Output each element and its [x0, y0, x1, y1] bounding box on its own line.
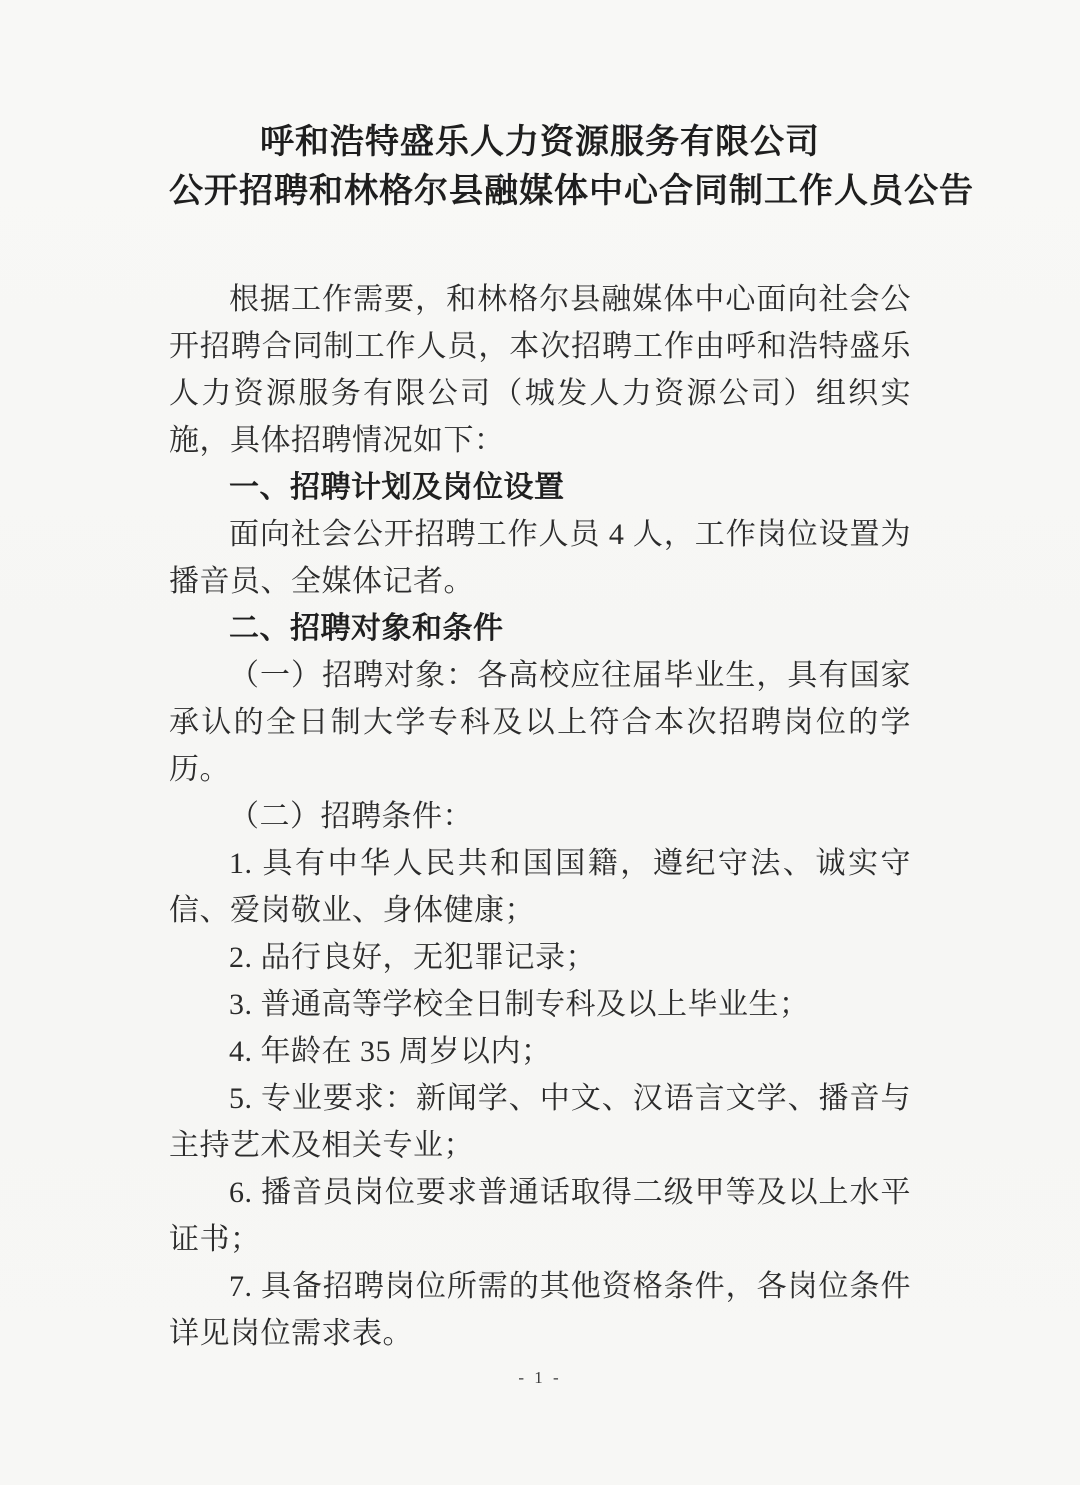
paragraph-intro: 根据工作需要，和林格尔县融媒体中心面向社会公开招聘合同制工作人员，本次招聘工作由…: [169, 276, 911, 464]
paragraph-conditions-label: （二）招聘条件：: [169, 793, 911, 840]
document-title-line-2: 公开招聘和林格尔县融媒体中心合同制工作人员公告: [169, 167, 911, 216]
condition-item-2: 2. 品行良好，无犯罪记录；: [169, 934, 911, 981]
document-title-line-1: 呼和浩特盛乐人力资源服务有限公司: [169, 118, 911, 167]
paragraph-target: （一）招聘对象：各高校应往届毕业生，具有国家承认的全日制大学专科及以上符合本次招…: [169, 652, 911, 793]
condition-item-5: 5. 专业要求：新闻学、中文、汉语言文学、播音与主持艺术及相关专业；: [169, 1075, 911, 1169]
condition-item-6: 6. 播音员岗位要求普通话取得二级甲等及以上水平证书；: [169, 1169, 911, 1263]
document-body: 根据工作需要，和林格尔县融媒体中心面向社会公开招聘合同制工作人员，本次招聘工作由…: [169, 276, 911, 1357]
heading-section-1: 一、招聘计划及岗位设置: [169, 464, 911, 511]
condition-item-4: 4. 年龄在 35 周岁以内；: [169, 1028, 911, 1075]
document-title: 呼和浩特盛乐人力资源服务有限公司 公开招聘和林格尔县融媒体中心合同制工作人员公告: [169, 118, 911, 216]
document-content: 呼和浩特盛乐人力资源服务有限公司 公开招聘和林格尔县融媒体中心合同制工作人员公告…: [169, 0, 911, 1357]
heading-section-2: 二、招聘对象和条件: [169, 605, 911, 652]
paragraph-positions: 面向社会公开招聘工作人员 4 人，工作岗位设置为播音员、全媒体记者。: [169, 511, 911, 605]
page-number: - 1 -: [0, 1368, 1080, 1388]
condition-item-7: 7. 具备招聘岗位所需的其他资格条件，各岗位条件详见岗位需求表。: [169, 1263, 911, 1357]
document-page: 呼和浩特盛乐人力资源服务有限公司 公开招聘和林格尔县融媒体中心合同制工作人员公告…: [0, 0, 1080, 1485]
condition-item-3: 3. 普通高等学校全日制专科及以上毕业生；: [169, 981, 911, 1028]
condition-item-1: 1. 具有中华人民共和国国籍，遵纪守法、诚实守信、爱岗敬业、身体健康；: [169, 840, 911, 934]
